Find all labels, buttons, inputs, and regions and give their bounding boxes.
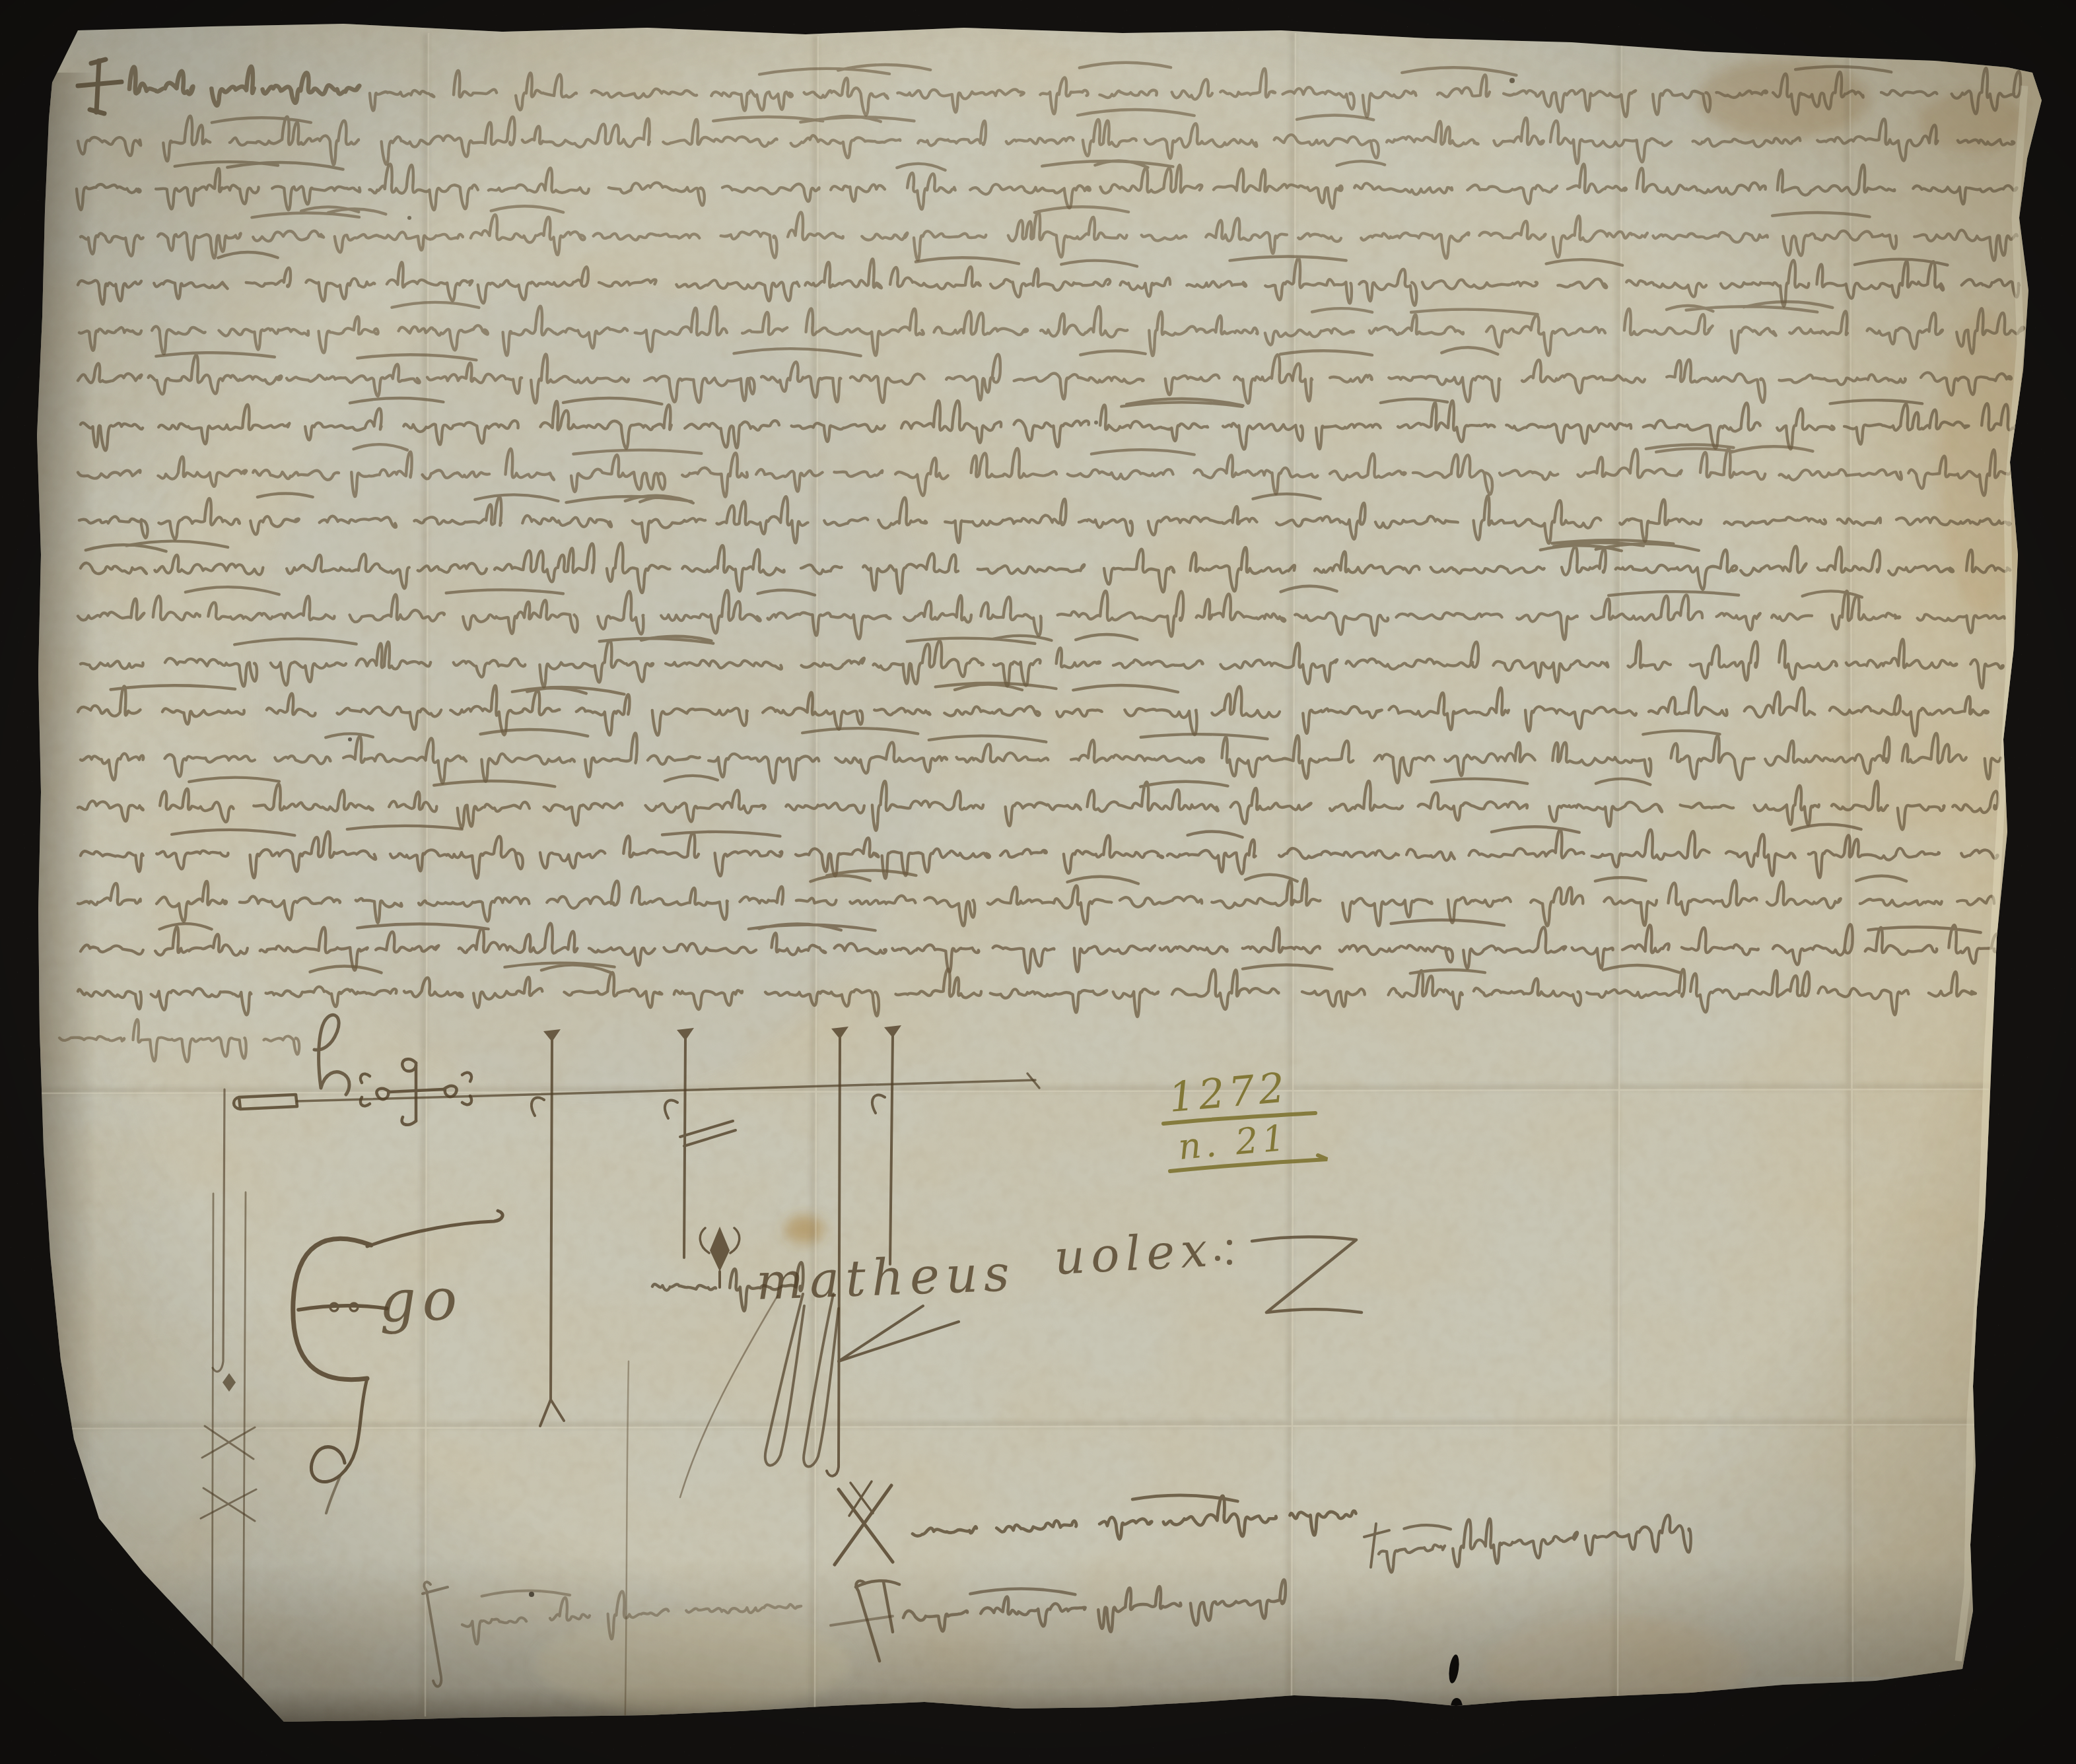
photo-of-parchment-charter: go matheus uolex 1272 n. 21: [0, 0, 2076, 1764]
charter-scene: go matheus uolex 1272 n. 21: [0, 0, 2076, 1764]
photo-vignette: [0, 0, 2076, 1764]
